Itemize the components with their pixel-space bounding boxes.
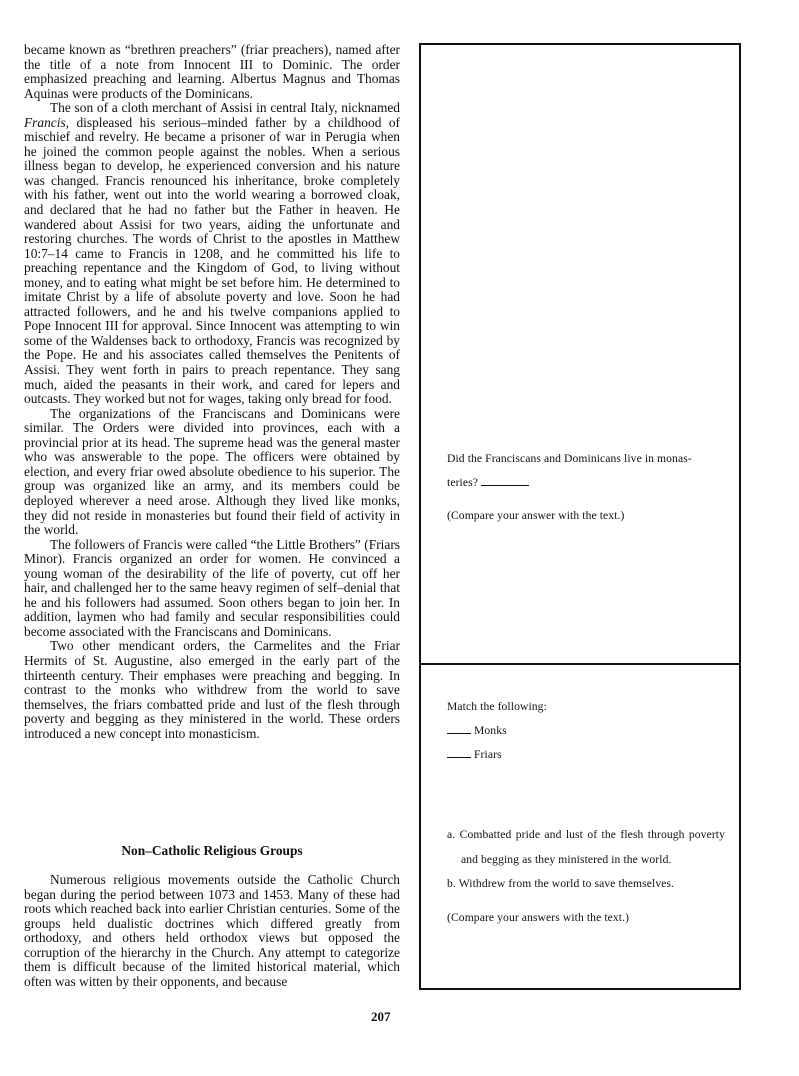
sidebar-box: Did the Franciscans and Dominicans live … [419, 43, 741, 990]
paragraph-dominicans: became known as “brethren preachers” (fr… [24, 43, 400, 101]
match-options: a. Combatted pride and lust of the flesh… [447, 823, 725, 924]
paragraph-other-orders: Two other mendicant orders, the Carmelit… [24, 639, 400, 741]
text-run: The son of a cloth merchant of Assisi in… [50, 100, 400, 115]
match-item-friars: Friars [474, 748, 502, 761]
paragraph-francis: The son of a cloth merchant of Assisi in… [24, 101, 400, 406]
main-text-column: became known as “brethren preachers” (fr… [24, 43, 400, 741]
paragraph-little-brothers: The followers of Francis were called “th… [24, 538, 400, 640]
option-text: Combatted pride and lust of the flesh th… [460, 828, 725, 866]
option-text: Withdrew from the world to save themselv… [459, 877, 674, 890]
answer-blank[interactable] [481, 484, 529, 486]
matching-exercise: Match the following: Monks Friars [447, 695, 725, 767]
main-text-column-bottom: Numerous religious movements outside the… [24, 873, 400, 989]
match-blank-monks[interactable] [447, 732, 471, 734]
compare-note: (Compare your answer with the text.) [447, 509, 725, 522]
italic-name: Francis [24, 115, 66, 130]
question-text-cont: teries? [447, 476, 478, 489]
option-letter: a. [447, 828, 455, 841]
option-a: a. Combatted pride and lust of the flesh… [447, 823, 725, 872]
match-item-monks: Monks [474, 724, 507, 737]
match-blank-friars[interactable] [447, 756, 471, 758]
paragraph-organizations: The organizations of the Franciscans and… [24, 407, 400, 538]
text-run: , displeased his serious–minded father b… [24, 115, 400, 406]
option-b: b. Withdrew from the world to save thems… [447, 872, 725, 897]
match-prompt: Match the following: [447, 695, 725, 719]
compare-note-2: (Compare your answers with the text.) [447, 911, 725, 924]
question-text: Did the Franciscans and Dominicans live … [447, 447, 725, 471]
paragraph-non-catholic: Numerous religious movements outside the… [24, 873, 400, 989]
box-divider [421, 663, 739, 665]
question-monasteries: Did the Franciscans and Dominicans live … [447, 447, 725, 522]
section-heading: Non–Catholic Religious Groups [24, 843, 400, 859]
page-number: 207 [371, 1009, 391, 1025]
option-letter: b. [447, 877, 456, 890]
